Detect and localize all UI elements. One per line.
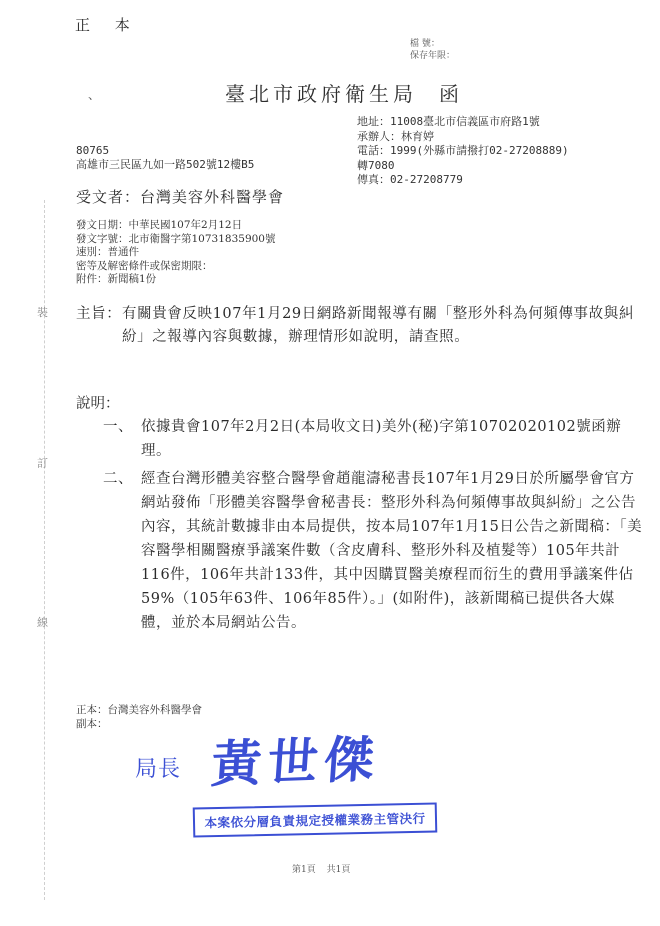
binding-mark-ding: 訂 xyxy=(37,455,48,471)
attachment: 附件：新聞稿1份 xyxy=(76,273,275,287)
subject-text: 有關貴會反映107年1月29日網路新聞報導有關「整形外科為何頻傳事故與糾紛」之報… xyxy=(122,303,636,349)
original-recipient: 正本：台灣美容外科醫學會 xyxy=(76,704,202,718)
distribution-list: 正本：台灣美容外科醫學會 副本： xyxy=(76,704,202,731)
sender-contact-person: 承辦人：林育婷 xyxy=(357,130,569,145)
delegation-stamp: 本案依分層負責規定授權業務主管決行 xyxy=(193,802,438,837)
binding-mark-zhuang: 裝 xyxy=(37,304,48,320)
explanation-label: 說明： xyxy=(76,392,120,413)
explanation-item-1: 一、 依據貴會107年2月2日(本局收文日)美外(秘)字第10702020102… xyxy=(103,415,643,463)
classification: 密等及解密條件或保密期限： xyxy=(76,260,275,274)
signature-name: 黃世傑 xyxy=(209,719,383,797)
copy-recipient: 副本： xyxy=(76,718,202,732)
agency-name: 臺北市政府衛生局 xyxy=(225,82,417,106)
sender-info: 地址：11008臺北市信義區市府路1號 承辦人：林育婷 電話：1999(外縣市請… xyxy=(357,115,569,188)
subject-label: 主旨： xyxy=(76,303,121,326)
explanation-item-number: 一、 xyxy=(103,415,133,439)
recipient: 受文者：台灣美容外科醫學會 xyxy=(76,186,284,207)
sender-phone: 電話：1999(外縣市請撥打02-27208889) xyxy=(357,144,569,159)
subject-section: 主旨： 有關貴會反映107年1月29日網路新聞報導有關「整形外科為何頻傳事故與糾… xyxy=(76,303,636,349)
sender-fax: 傳真：02-27208779 xyxy=(357,173,569,188)
sender-address: 地址：11008臺北市信義區市府路1號 xyxy=(357,115,569,130)
file-number-row: 檔 號： xyxy=(410,38,455,50)
document-meta: 發文日期：中華民國107年2月12日 發文字號：北市衛醫字第1073183590… xyxy=(76,219,275,287)
explanation-item-number: 二、 xyxy=(103,467,133,491)
recipient-postal-code: 80765 xyxy=(76,144,254,158)
issue-date: 發文日期：中華民國107年2月12日 xyxy=(76,219,275,233)
retention-label: 保存年限 xyxy=(410,50,446,62)
document-kind: 函 xyxy=(439,82,463,106)
retention-row: 保存年限： xyxy=(410,50,455,62)
binding-mark-xian: 線 xyxy=(37,614,48,630)
page-number: 第1頁 共1頁 xyxy=(292,862,350,875)
explanation-item-text: 經查台灣形體美容整合醫學會趙龍濤秘書長107年1月29日於所屬學會官方網站發佈「… xyxy=(141,467,643,635)
document-title: 臺北市政府衛生局函 xyxy=(225,78,463,107)
file-number-label: 檔 號 xyxy=(410,38,431,50)
tick-mark: 、 xyxy=(88,86,100,103)
issue-number: 發文字號：北市衛醫字第10731835900號 xyxy=(76,233,275,247)
urgency: 速別：普通件 xyxy=(76,246,275,260)
explanation-item-text: 依據貴會107年2月2日(本局收文日)美外(秘)字第10702020102號函辦… xyxy=(141,415,643,463)
recipient-street: 高雄市三民區九如一路502號12樓B5 xyxy=(76,158,254,172)
copy-type-label: 正 本 xyxy=(75,14,140,35)
sender-extension: 轉7080 xyxy=(357,159,569,174)
signatory-title: 局長 xyxy=(135,752,181,783)
archive-info: 檔 號： 保存年限： xyxy=(410,38,455,62)
explanation-item-2: 二、 經查台灣形體美容整合醫學會趙龍濤秘書長107年1月29日於所屬學會官方網站… xyxy=(103,467,643,635)
recipient-address: 80765 高雄市三民區九如一路502號12樓B5 xyxy=(76,144,254,172)
